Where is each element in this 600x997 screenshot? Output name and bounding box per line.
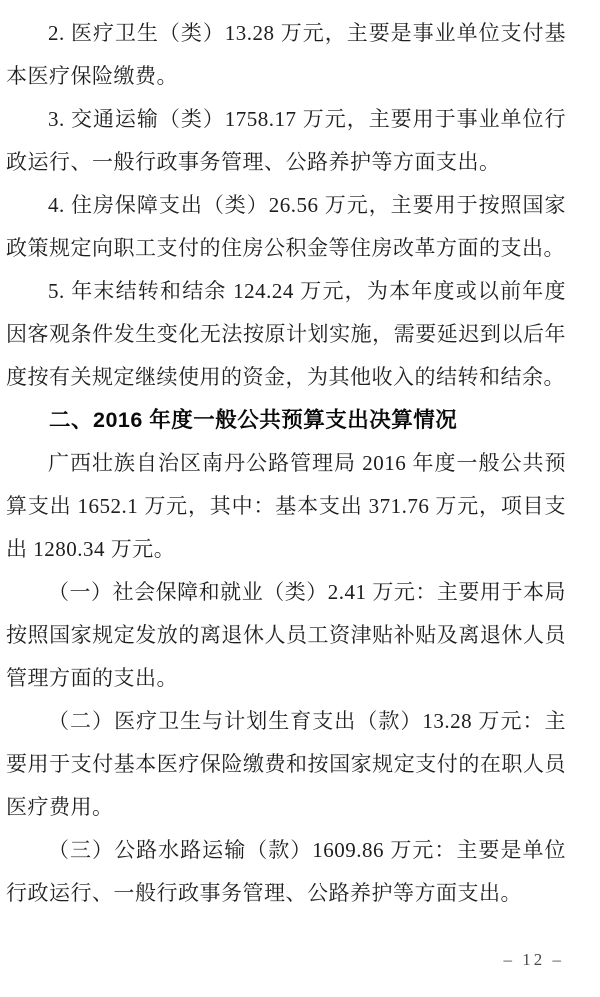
paragraph-housing-security-expense: 4. 住房保障支出（类）26.56 万元，主要用于按照国家政策规定向职工支付的住… [6, 184, 566, 270]
document-page: 2. 医疗卫生（类）13.28 万元，主要是事业单位支付基本医疗保险缴费。 3.… [0, 0, 600, 997]
paragraph-transport-expense: 3. 交通运输（类）1758.17 万元，主要用于事业单位行政运行、一般行政事务… [6, 98, 566, 184]
paragraph-total-budget-expenditure: 广西壮族自治区南丹公路管理局 2016 年度一般公共预算支出 1652.1 万元… [6, 442, 566, 571]
page-number: – 12 – [504, 948, 565, 972]
section-heading-2016-budget-expenditure: 二、2016 年度一般公共预算支出决算情况 [6, 399, 566, 442]
paragraph-medical-health-expense: 2. 医疗卫生（类）13.28 万元，主要是事业单位支付基本医疗保险缴费。 [6, 12, 566, 98]
page-number-text: – 12 – [504, 950, 565, 969]
paragraph-social-security-employment: （一）社会保障和就业（类）2.41 万元：主要用于本局按照国家规定发放的离退休人… [6, 571, 566, 700]
paragraph-medical-family-planning: （二）医疗卫生与计划生育支出（款）13.28 万元：主要用于支付基本医疗保险缴费… [6, 700, 566, 829]
paragraph-road-water-transport: （三）公路水路运输（款）1609.86 万元：主要是单位行政运行、一般行政事务管… [6, 829, 566, 915]
paragraph-year-end-carryover: 5. 年末结转和结余 124.24 万元，为本年度或以前年度因客观条件发生变化无… [6, 270, 566, 399]
